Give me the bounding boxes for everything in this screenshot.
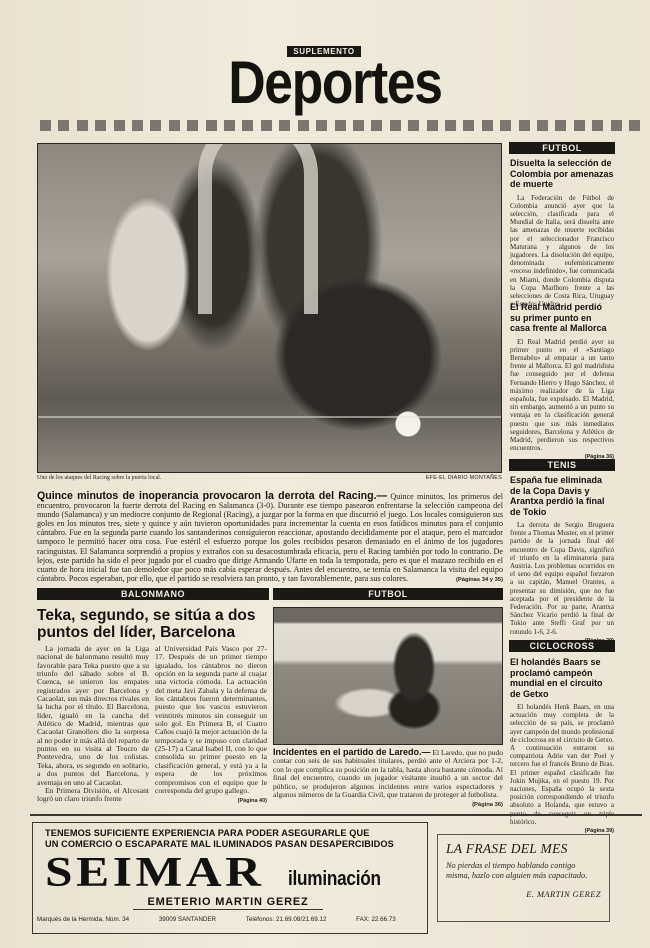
decorative-square <box>629 120 640 131</box>
main-football-photo <box>37 143 502 473</box>
balonmano-paragraph: al Universidad País Vasco por 27-17. Des… <box>155 645 267 795</box>
section-bar-futbol-right: FUTBOL <box>509 142 615 154</box>
section-bar-balonmano: BALONMANO <box>37 588 269 600</box>
ad-tagline-line-2: UN COMERCIO O ESCAPARATE MAL ILUMINADOS … <box>45 839 425 850</box>
balonmano-headline: Teka, segundo, se sitúa a dos puntos del… <box>37 607 269 641</box>
decorative-square <box>537 120 548 131</box>
ciclocross-headline: El holandés Baars se proclamó campeón mu… <box>510 657 614 699</box>
real-madrid-body: El Real Madrid perdió ayer su primer pun… <box>510 338 614 453</box>
decorative-square <box>316 120 327 131</box>
decorative-square <box>150 120 161 131</box>
ciclocross-body: El holandés Henk Baars, en una actuación… <box>510 703 614 826</box>
ad-fax: FAX: 22.66.73 <box>356 916 396 923</box>
ad-phones: Teléfonos: 21.69.08/21.69.12 <box>246 916 327 923</box>
photo-caption: Uno de los ataques del Racing sobre la p… <box>37 475 161 485</box>
decorative-square <box>114 120 125 131</box>
photo-credit: EFE-EL DIARIO MONTAÑES <box>426 475 502 485</box>
decorative-square <box>353 120 364 131</box>
colombia-body: La Federación de Fútbol de Colombia anun… <box>510 194 614 309</box>
ad-brand-sub: iluminación <box>288 868 381 891</box>
decorative-square <box>95 120 106 131</box>
laredo-body: El Laredo, que no pudo contar con seis d… <box>273 748 503 799</box>
decorative-square <box>519 120 530 131</box>
section-bar-futbol: FUTBOL <box>273 588 503 600</box>
real-madrid-headline: El Real Madrid perdió su primer punto en… <box>510 302 614 334</box>
decorative-square <box>224 120 235 131</box>
ciclocross-story: El holandés Baars se proclamó campeón mu… <box>510 657 614 834</box>
decorative-square <box>592 120 603 131</box>
decorative-square <box>390 120 401 131</box>
colombia-story: Disuelta la selección de Colombia por am… <box>510 158 614 308</box>
balonmano-column-2: al Universidad País Vasco por 27-17. Des… <box>155 645 267 806</box>
balonmano-paragraph: En Primera División, el Alcosant logró u… <box>37 787 149 804</box>
section-bar-tenis: TENIS <box>509 459 615 471</box>
decorative-square <box>482 120 493 131</box>
decorative-square <box>279 120 290 131</box>
decorative-square <box>371 120 382 131</box>
decorative-square <box>298 120 309 131</box>
page-title: Deportes <box>228 50 443 116</box>
decorative-square <box>261 120 272 131</box>
decorative-square <box>445 120 456 131</box>
decorative-square <box>77 120 88 131</box>
ad-city: 39009 SANTANDER <box>159 916 216 923</box>
laredo-page-ref: (Página 36) <box>472 801 503 809</box>
decorative-square-row <box>40 120 640 132</box>
balonmano-column-1: La jornada de ayer en la Liga nacional d… <box>37 645 149 804</box>
photo-caption-row: Uno de los ataques del Racing sobre la p… <box>37 475 502 485</box>
decorative-square <box>408 120 419 131</box>
newspaper-page: SUPLEMENTO Deportes Uno de los ataques d… <box>0 0 650 948</box>
quote-text: No pierdas el tiempo hablando contigo mi… <box>446 861 601 881</box>
laredo-match-photo <box>273 607 503 745</box>
decorative-square <box>500 120 511 131</box>
decorative-square <box>132 120 143 131</box>
decorative-square <box>463 120 474 131</box>
lead-page-ref: (Páginas 34 y 35) <box>456 576 503 585</box>
quote-of-month-box: LA FRASE DEL MES No pierdas el tiempo ha… <box>437 834 610 922</box>
balonmano-paragraph: La jornada de ayer en la Liga nacional d… <box>37 645 149 787</box>
decorative-square <box>242 120 253 131</box>
section-divider <box>30 814 642 816</box>
decorative-square <box>187 120 198 131</box>
decorative-square <box>427 120 438 131</box>
decorative-square <box>40 120 51 131</box>
decorative-square <box>555 120 566 131</box>
lead-story: Quince minutos de inoperancia provocaron… <box>37 492 503 585</box>
decorative-square <box>58 120 69 131</box>
ad-brand: SEIMAR <box>45 850 265 896</box>
balonmano-page-ref: (Página 40) <box>155 797 267 805</box>
decorative-square <box>206 120 217 131</box>
lead-body: Quince minutos, los primeros del encuent… <box>37 492 503 583</box>
tenis-body: La derrota de Sergio Bruguera frente a T… <box>510 521 614 636</box>
tenis-story: España fue eliminada de la Copa Davis y … <box>510 475 614 644</box>
ad-address: Marqués de la Hermida, Núm. 34 <box>37 916 129 923</box>
decorative-square <box>169 120 180 131</box>
tenis-headline: España fue eliminada de la Copa Davis y … <box>510 475 614 517</box>
colombia-headline: Disuelta la selección de Colombia por am… <box>510 158 614 190</box>
ad-tagline-line-1: TENEMOS SUFICIENTE EXPERIENCIA PARA PODE… <box>45 828 425 839</box>
quote-title: LA FRASE DEL MES <box>446 841 601 857</box>
field-line <box>38 416 502 418</box>
ad-tagline: TENEMOS SUFICIENTE EXPERIENCIA PARA PODE… <box>45 828 425 850</box>
decorative-square <box>335 120 346 131</box>
stadium-arch <box>198 143 318 314</box>
quote-author: E. MARTIN GEREZ <box>446 889 601 899</box>
laredo-story: Incidentes en el partido de Laredo.— El … <box>273 748 503 810</box>
decorative-square <box>611 120 622 131</box>
real-madrid-story: El Real Madrid perdió su primer punto en… <box>510 302 614 460</box>
section-bar-ciclocross: CICLOCROSS <box>509 640 615 652</box>
ad-contact-row: Marqués de la Hermida, Núm. 34 39009 SAN… <box>37 916 396 923</box>
ad-owner: EMETERIO MARTIN GEREZ <box>133 896 323 910</box>
seimar-advertisement: TENEMOS SUFICIENTE EXPERIENCIA PARA PODE… <box>32 822 428 934</box>
decorative-square <box>574 120 585 131</box>
